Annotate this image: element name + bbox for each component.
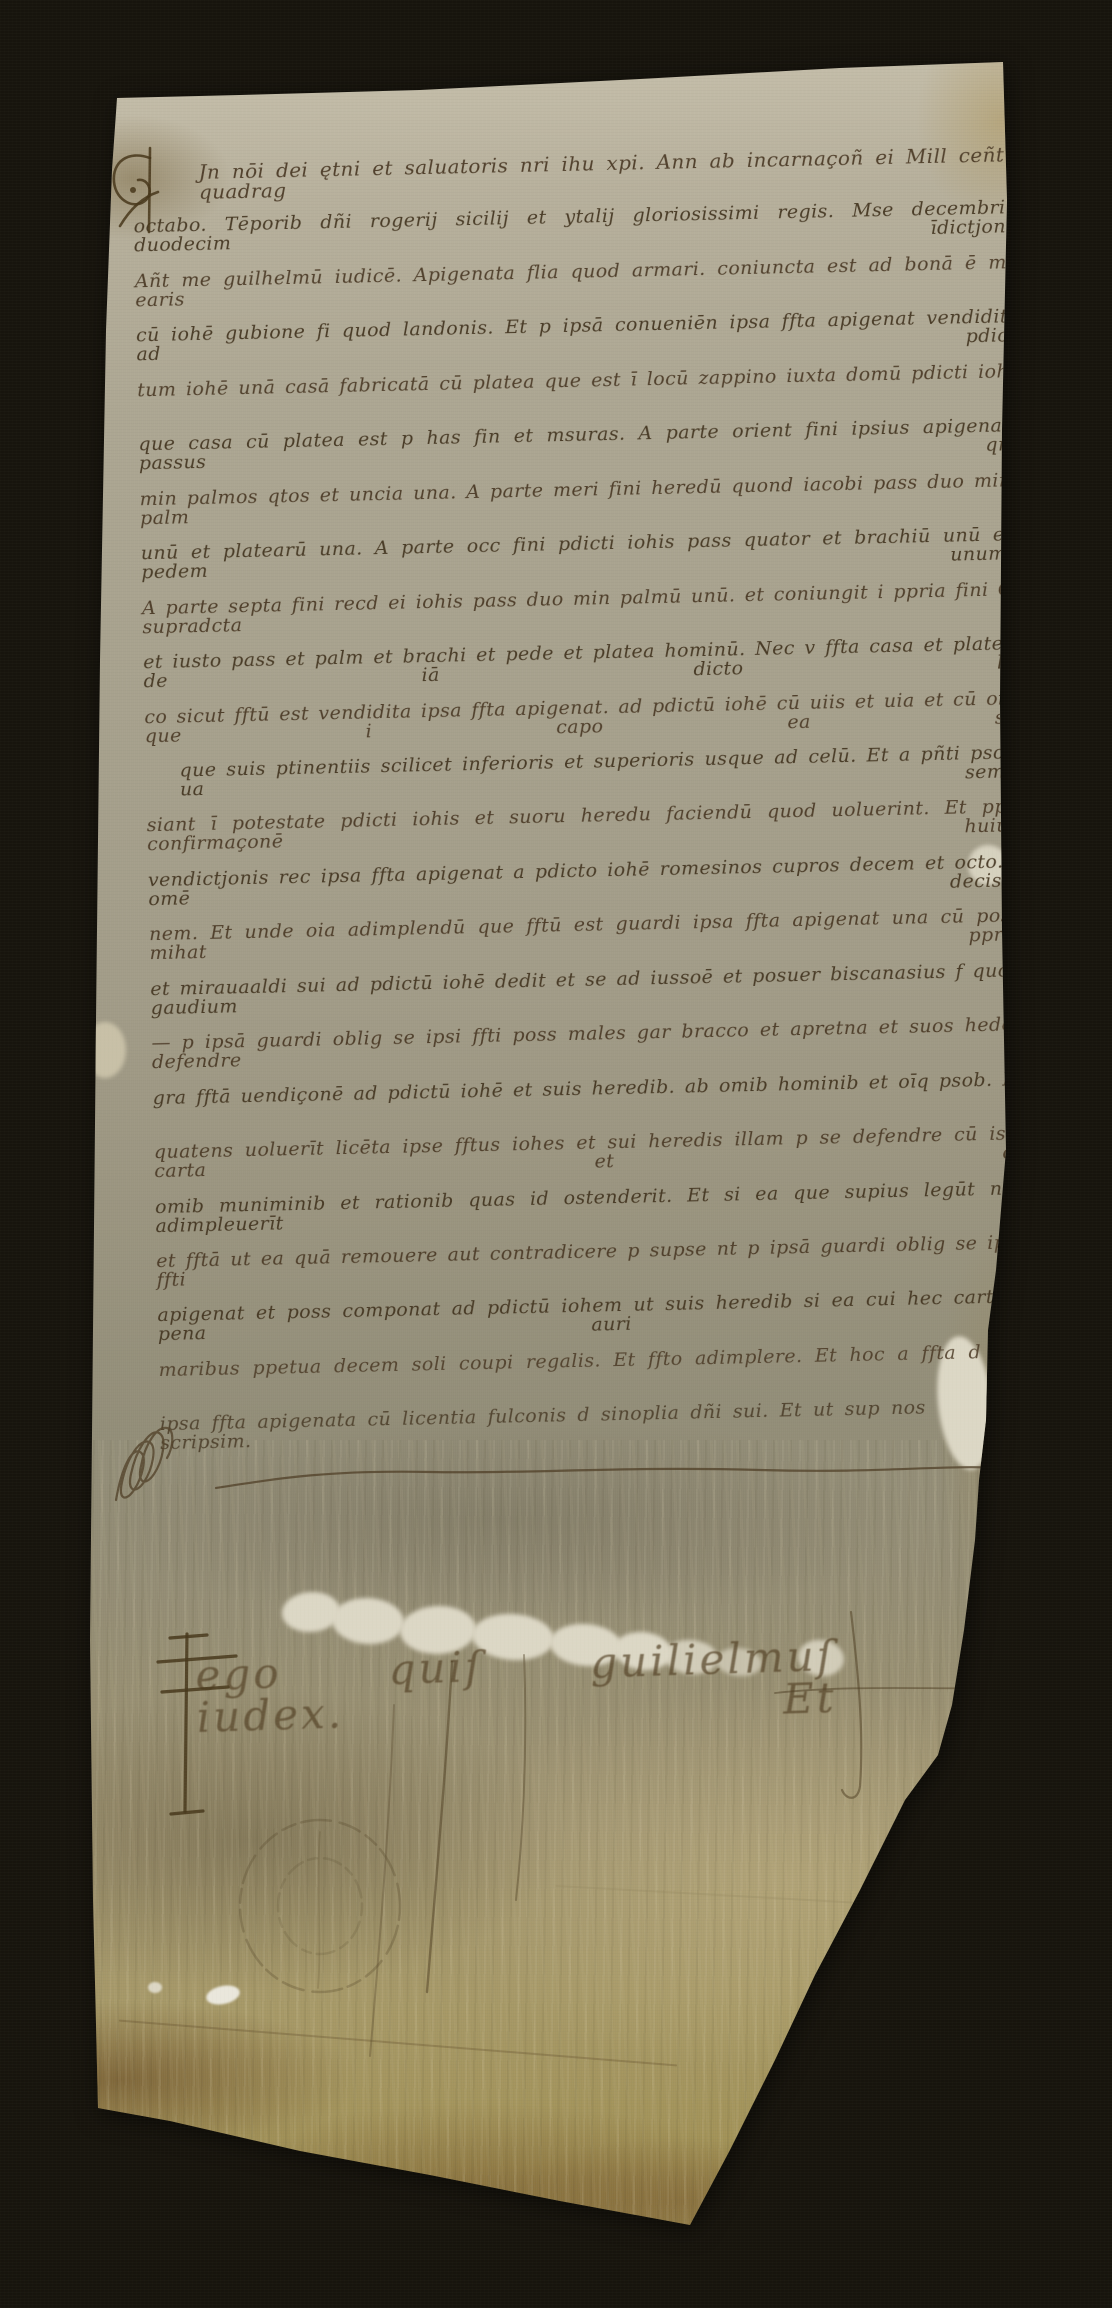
edge-tear-patch (84, 1022, 126, 1078)
manuscript-line: ipsa ffta apigenata cū licentia fulconis… (130, 1396, 1037, 1454)
manuscript-line: co sicut fftū est vendidita ipsa ffta ap… (114, 689, 1021, 747)
manuscript-line: nem. Et unde oia adimplendū que fftū est… (119, 906, 1026, 964)
manuscript-line: et iusto pass et palm et brachi et pede … (113, 634, 1020, 692)
parchment-sheet: Jn nōi dei ętni et saluatoris nri ihu xp… (0, 0, 1112, 2308)
manuscript-line: vendictjonis rec ipsa ffta apigenat a pd… (118, 852, 1025, 910)
manuscript-line: et mirauaaldi sui ad pdictū iohē dedit e… (120, 961, 1027, 1019)
manuscript-text-block: Jn nōi dei ętni et saluatoris nri ihu xp… (102, 130, 1037, 1489)
manuscript-line: min palmos qtos et uncia una. A parte me… (109, 471, 1016, 529)
manuscript-line: — p ipsā guardi oblig se ipsi ffti poss … (121, 1015, 1028, 1073)
manuscript-line: et fftā ut ea quā remouere aut contradic… (126, 1233, 1033, 1291)
manuscript-line: apigenat et poss componat ad pdictū iohe… (127, 1287, 1034, 1345)
manuscript-line: tum iohē unā casā fabricatā cū platea qu… (107, 362, 1013, 401)
manuscript-line: Jn nōi dei ętni et saluatoris nri ihu xp… (102, 144, 1009, 204)
manuscript-line: siant ī potestate pdicti iohis et suoru … (117, 797, 1024, 855)
manuscript-line: A parte septa fini recd ei iohis pass du… (112, 580, 1019, 638)
manuscript-line: Añt me guilhelmū iudicē. Apigenata flia … (105, 253, 1012, 311)
edge-tear-patch (990, 1688, 1032, 1728)
manuscript-line: gra fftā uendiçonē ad pdictū iohē et sui… (122, 1070, 1028, 1109)
manuscript-line: octabo. Tēporib dñi rogerij sicilij et y… (103, 199, 1010, 257)
manuscript-line: unū et platearū una. A parte occ fini pd… (111, 525, 1018, 583)
manuscript-line: quatens uoluerīt licēta ipse fftus iohes… (124, 1124, 1031, 1182)
manuscript-line: que casa cū platea est p has fin et msur… (108, 416, 1015, 474)
white-fleck (148, 1982, 162, 1993)
manuscript-photo: { "photo": { "background_color": "#17140… (0, 0, 1112, 2308)
parchment-wrap: Jn nōi dei ętni et saluatoris nri ihu xp… (0, 0, 1112, 2308)
manuscript-line: omib muniminib et rationib quas id osten… (125, 1179, 1032, 1237)
manuscript-line: maribus ppetua decem soli coupi regalis.… (128, 1342, 1034, 1381)
manuscript-line: que suis ptinentiis scilicet inferioris … (115, 743, 1022, 801)
notary-signature: ego quiſ guilielmuſ iudex. Et (195, 1635, 837, 1739)
manuscript-line: cū iohē gubione fi quod landonis. Et p i… (106, 308, 1013, 366)
